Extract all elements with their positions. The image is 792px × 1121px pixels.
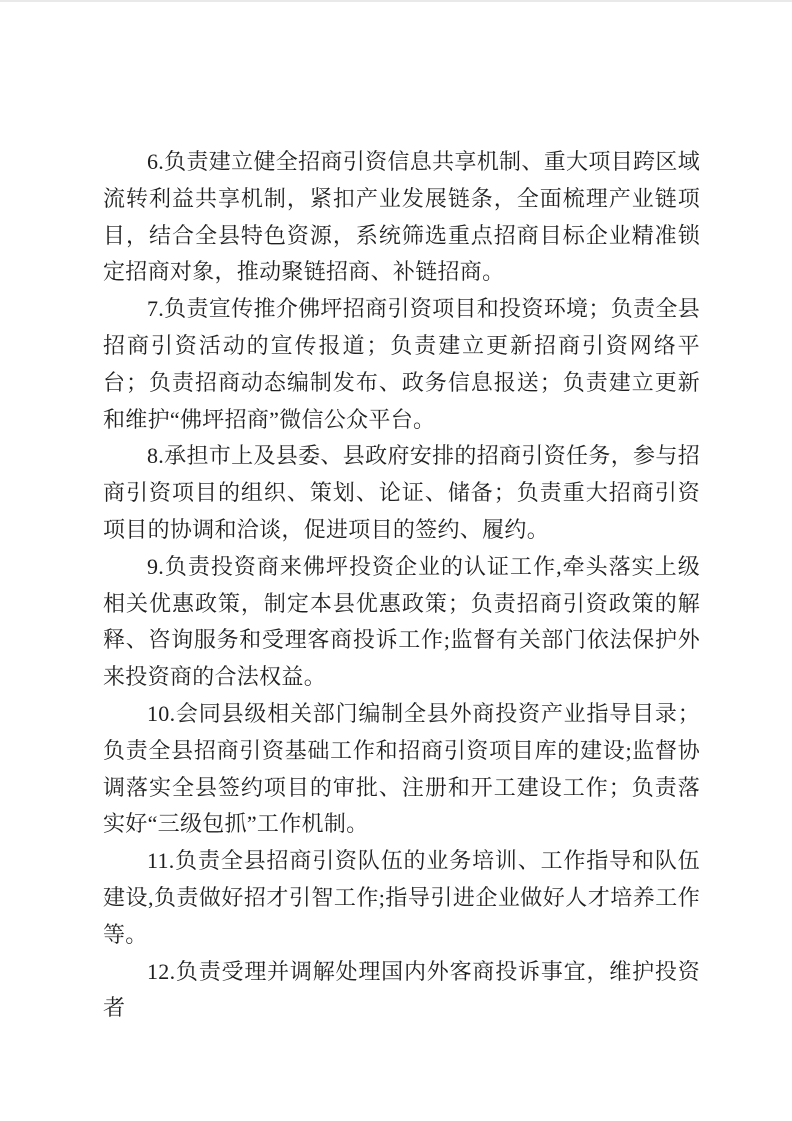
paragraph-item-7: 7.负责宣传推介佛坪招商引资项目和投资环境；负责全县招商引资活动的宣传报道；负责… [103,291,700,438]
paragraph-item-10: 10.会同县级相关部门编制全县外商投资产业指导目录；负责全县招商引资基础工作和招… [103,696,700,843]
paragraph-item-8: 8.承担市上及县委、县政府安排的招商引资任务，参与招商引资项目的组织、策划、论证… [103,438,700,548]
paragraph-item-9: 9.负责投资商来佛坪投资企业的认证工作,牵头落实上级相关优惠政策，制定本县优惠政… [103,549,700,696]
document-text-block: 6.负责建立健全招商引资信息共享机制、重大项目跨区域流转利益共享机制，紧扣产业发… [103,144,700,1027]
paragraph-item-11: 11.负责全县招商引资队伍的业务培训、工作指导和队伍建设,负责做好招才引智工作;… [103,843,700,953]
paragraph-item-12: 12.负责受理并调解处理国内外客商投诉事宜，维护投资者 [103,954,700,1028]
paragraph-item-6: 6.负责建立健全招商引资信息共享机制、重大项目跨区域流转利益共享机制，紧扣产业发… [103,144,700,291]
document-page: 6.负责建立健全招商引资信息共享机制、重大项目跨区域流转利益共享机制，紧扣产业发… [0,0,792,1121]
